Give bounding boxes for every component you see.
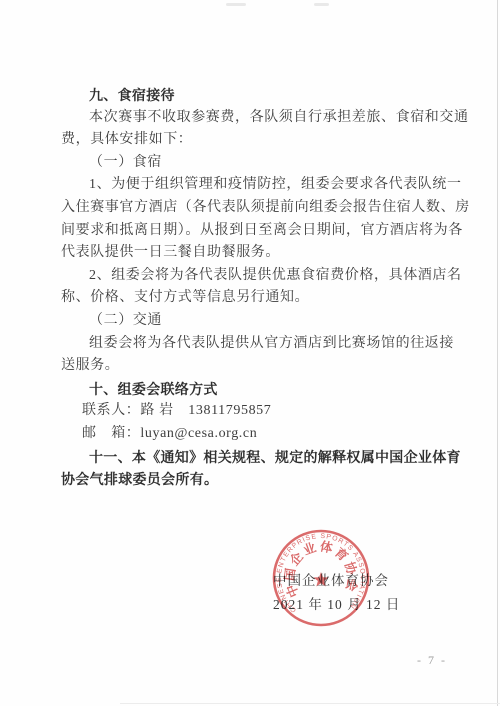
document-body: 九、食宿接待 本次赛事不收取参赛费，各队须自行承担差旅、食宿和交通 费，具体安排… [61,84,439,491]
section-heading-11: 十一、本《通知》相关规程、规定的解释权属中国企业体育 [61,446,439,469]
section-heading-11-cont: 协会气排球委员会所有。 [61,468,439,491]
doc-line: （二）交通 [61,310,439,333]
official-seal-stamp: CHINESE ENTERPRISE SPORTS ASSOCIATION 中国… [271,528,371,628]
doc-line: 1、为便于组织管理和疫情防控，组委会要求各代表队统一 [61,174,439,197]
scan-artifact [226,3,246,6]
doc-line: 送服务。 [61,355,439,378]
doc-line: 入住赛事官方酒店（各代表队须提前向组委会报告住宿人数、房 [61,197,439,220]
doc-line: 2、组委会将为各代表队提供优惠食宿费价格，具体酒店名 [61,265,439,288]
page-number: - 7 - [417,653,447,668]
contact-person-line: 联系人：路 岩 13811795857 [61,400,439,423]
doc-line: （一）食宿 [61,152,439,175]
doc-line: 本次赛事不收取参赛费，各队须自行承担差旅、食宿和交通 [61,107,439,130]
section-heading-10: 十、组委会联络方式 [61,378,439,401]
section-heading-9: 九、食宿接待 [61,84,439,107]
doc-line: 代表队提供一日三餐自助餐服务。 [61,242,439,265]
scan-artifact [314,3,329,6]
page-edge-line [120,703,500,704]
doc-line: 间要求和抵离日期）。从报到日至离会日期间，官方酒店将为各 [61,220,439,243]
doc-line: 组委会将为各代表队提供从官方酒店到比赛场馆的往返接 [61,333,439,356]
doc-line: 称、价格、支付方式等信息另行通知。 [61,287,439,310]
star-icon [313,572,328,587]
document-page: 九、食宿接待 本次赛事不收取参赛费，各队须自行承担差旅、食宿和交通 费，具体安排… [0,0,500,706]
contact-email-line: 邮 箱：luyan@cesa.org.cn [61,423,439,446]
doc-line: 费，具体安排如下： [61,129,439,152]
page-edge-line [497,0,498,706]
